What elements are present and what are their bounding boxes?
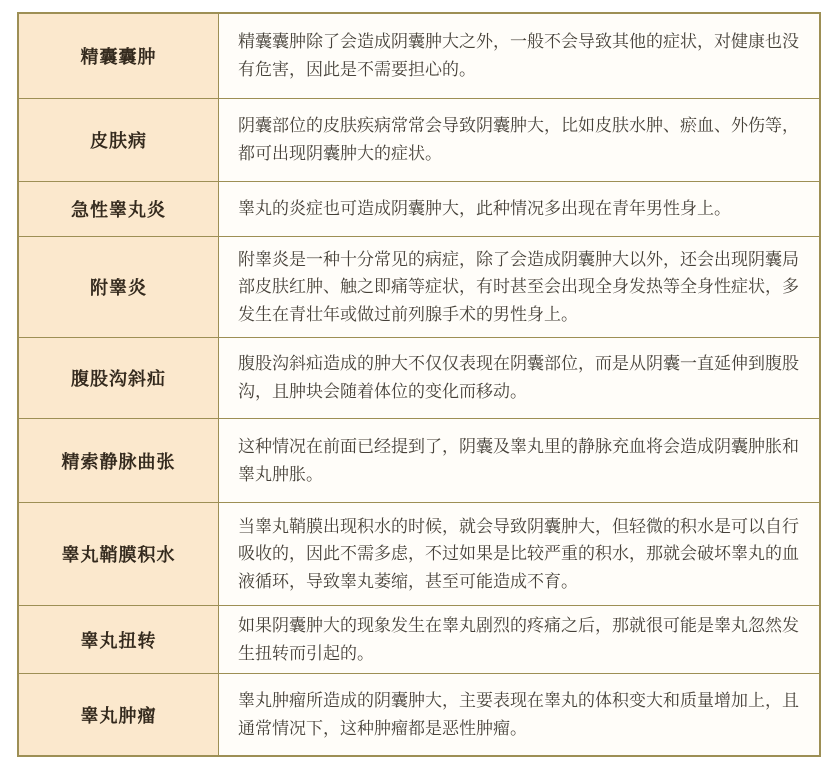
table-row: 急性睾丸炎睾丸的炎症也可造成阴囊肿大，此种情况多出现在青年男性身上。 (19, 182, 819, 237)
condition-description: 阴囊部位的皮肤疾病常常会导致阴囊肿大，比如皮肤水肿、瘀血、外伤等，都可出现阴囊肿… (219, 99, 819, 181)
condition-description: 如果阴囊肿大的现象发生在睾丸剧烈的疼痛之后，那就很可能是睾丸忽然发生扭转而引起的… (219, 606, 819, 673)
condition-name: 急性睾丸炎 (19, 182, 219, 236)
condition-description: 睾丸的炎症也可造成阴囊肿大，此种情况多出现在青年男性身上。 (219, 182, 819, 236)
table-row: 腹股沟斜疝腹股沟斜疝造成的肿大不仅仅表现在阴囊部位，而是从阴囊一直延伸到腹股沟，… (19, 338, 819, 419)
table-row: 睾丸肿瘤睾丸肿瘤所造成的阴囊肿大，主要表现在睾丸的体积变大和质量增加上，且通常情… (19, 674, 819, 755)
condition-name: 精索静脉曲张 (19, 419, 219, 502)
condition-description: 腹股沟斜疝造成的肿大不仅仅表现在阴囊部位，而是从阴囊一直延伸到腹股沟，且肿块会随… (219, 338, 819, 418)
table-row: 睾丸扭转如果阴囊肿大的现象发生在睾丸剧烈的疼痛之后，那就很可能是睾丸忽然发生扭转… (19, 606, 819, 674)
table-row: 精索静脉曲张这种情况在前面已经提到了，阴囊及睾丸里的静脉充血将会造成阴囊肿胀和睾… (19, 419, 819, 503)
condition-name: 皮肤病 (19, 99, 219, 181)
table-row: 附睾炎附睾炎是一种十分常见的病症，除了会造成阴囊肿大以外，还会出现阴囊局部皮肤红… (19, 237, 819, 338)
condition-name: 精囊囊肿 (19, 14, 219, 98)
condition-name: 睾丸肿瘤 (19, 674, 219, 755)
condition-description: 精囊囊肿除了会造成阴囊肿大之外，一般不会导致其他的症状，对健康也没有危害，因此是… (219, 14, 819, 98)
condition-name: 附睾炎 (19, 237, 219, 337)
conditions-table: 精囊囊肿精囊囊肿除了会造成阴囊肿大之外，一般不会导致其他的症状，对健康也没有危害… (17, 12, 821, 757)
condition-description: 这种情况在前面已经提到了，阴囊及睾丸里的静脉充血将会造成阴囊肿胀和睾丸肿胀。 (219, 419, 819, 502)
table-row: 睾丸鞘膜积水当睾丸鞘膜出现积水的时候，就会导致阴囊肿大，但轻微的积水是可以自行吸… (19, 503, 819, 606)
condition-description: 附睾炎是一种十分常见的病症，除了会造成阴囊肿大以外，还会出现阴囊局部皮肤红肿、触… (219, 237, 819, 337)
table-row: 皮肤病阴囊部位的皮肤疾病常常会导致阴囊肿大，比如皮肤水肿、瘀血、外伤等，都可出现… (19, 99, 819, 182)
condition-name: 睾丸鞘膜积水 (19, 503, 219, 605)
table-row: 精囊囊肿精囊囊肿除了会造成阴囊肿大之外，一般不会导致其他的症状，对健康也没有危害… (19, 14, 819, 99)
condition-name: 腹股沟斜疝 (19, 338, 219, 418)
condition-name: 睾丸扭转 (19, 606, 219, 673)
condition-description: 当睾丸鞘膜出现积水的时候，就会导致阴囊肿大，但轻微的积水是可以自行吸收的，因此不… (219, 503, 819, 605)
condition-description: 睾丸肿瘤所造成的阴囊肿大，主要表现在睾丸的体积变大和质量增加上，且通常情况下，这… (219, 674, 819, 755)
